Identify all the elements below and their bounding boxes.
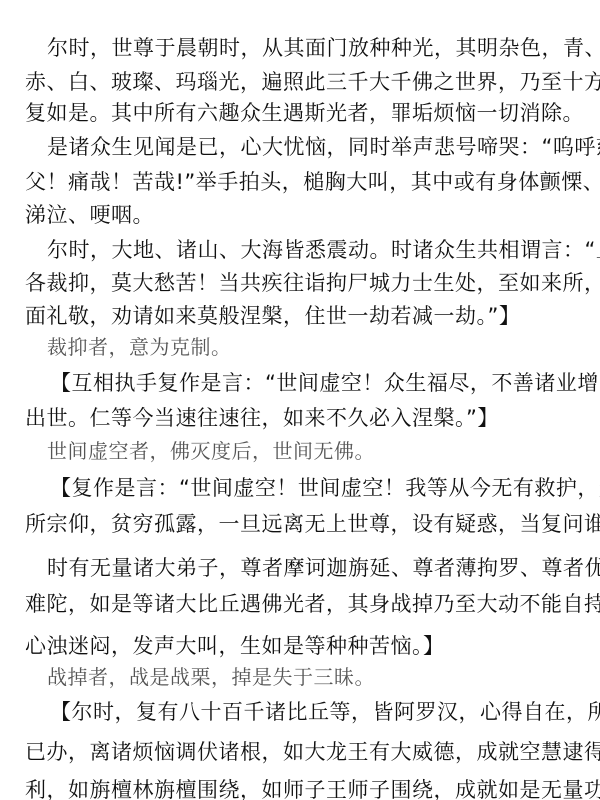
text-line: 涕泣、哽咽。 [25,200,154,230]
gloss-line: 裁抑者，意为克制。 [47,332,232,362]
text-line: 赤、白、玻璨、玛瑙光，遍照此三千大千佛之世界，乃至十方亦 [25,67,600,97]
text-line: 各裁抑，莫大愁苦！当共疾往诣拘尸城力士生处，至如来所，头 [25,268,600,298]
text-line: 父！痛哉！苦哉!”举手拍头，槌胸大叫，其中或有身体颤慄、 [25,167,600,197]
text-line: 时有无量诸大弟子，尊者摩诃迦旃延、尊者薄拘罗、尊者优波 [47,553,600,583]
text-line: 尔时，大地、诸山、大海皆悉震动。时诸众生共相谓言：“且 [47,235,600,265]
text-line: 【互相执手复作是言：“世间虚空！众生福尽，不善诸业增长 [50,368,600,398]
text-line: 出世。仁等今当速往速往，如来不久必入涅槃。”】 [25,403,499,433]
text-line: 复如是。其中所有六趣众生遇斯光者，罪垢烦恼一切消除。 [25,98,584,128]
gloss-line: 世间虚空者，佛灭度后，世间无佛。 [47,436,375,466]
text-line: 面礼敬，劝请如来莫般涅槃，住世一劫若减一劫。”】 [25,301,520,331]
document-page: 尔时，世尊于晨朝时，从其面门放种种光，其明杂色，青、黄、 赤、白、玻璨、玛瑙光，… [0,0,600,800]
text-line: 尔时，世尊于晨朝时，从其面门放种种光，其明杂色，青、黄、 [47,33,600,63]
gloss-line: 战掉者，战是战栗，掉是失于三昧。 [47,662,375,692]
text-line: 难陀，如是等诸大比丘遇佛光者，其身战掉乃至大动不能自持， [25,589,600,619]
text-line: 利，如旃檀林旃檀围绕，如师子王师子围绕，成就如是无量功德， [25,775,600,800]
text-line: 所宗仰，贫穷孤露，一旦远离无上世尊，设有疑惑，当复问谁?” [25,509,600,539]
text-line: 【尔时，复有八十百千诸比丘等，皆阿罗汉，心得自在，所作 [50,697,600,727]
text-line: 已办，离诸烦恼调伏诸根，如大龙王有大威德，成就空慧逮得己 [25,737,600,767]
text-line: 心浊迷闷，发声大叫，生如是等种种苦恼。】 [25,631,445,661]
text-line: 【复作是言：“世间虚空！世间虚空！我等从今无有救护，无 [50,473,600,503]
text-line: 是诸众生见闻是已，心大忧恼，同时举声悲号啼哭：“呜呼慈 [47,132,600,162]
